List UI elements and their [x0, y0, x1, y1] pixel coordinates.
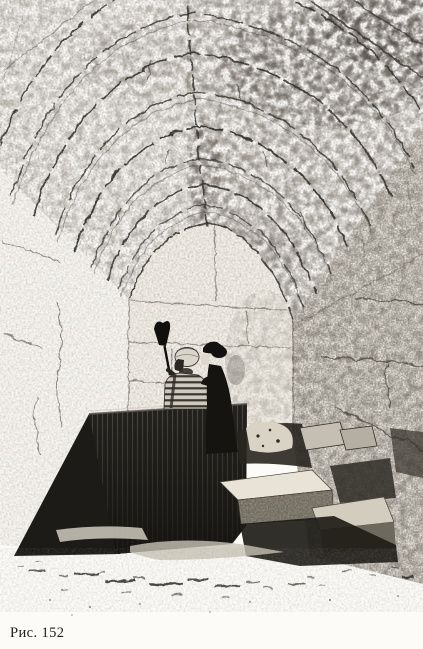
book-page: Рис. 152	[0, 0, 423, 649]
floor	[0, 548, 423, 616]
figure-caption: Рис. 152	[10, 625, 64, 642]
woman-face	[201, 354, 210, 365]
engraving-burial-chamber	[0, 0, 423, 649]
